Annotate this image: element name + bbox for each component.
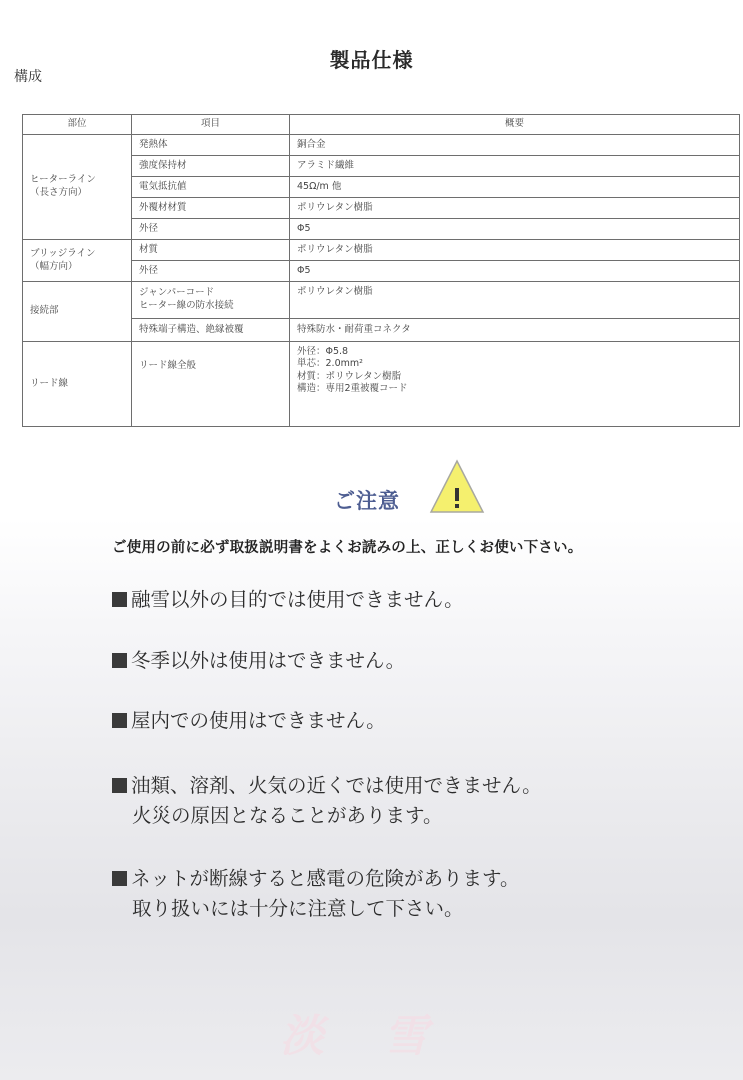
- table-header-row: 部位 項目 概要: [23, 115, 740, 135]
- rule-text: ネットが断線すると感電の危険があります。: [131, 867, 519, 890]
- rule-text: 油類、溶剤、火気の近くでは使用できません。: [131, 774, 542, 797]
- caution-rule: ネットが断線すると感電の危険があります。 取り扱いには十分に注意して下さい。: [112, 864, 519, 924]
- rule-text-continued: 取り扱いには十分に注意して下さい。: [112, 894, 519, 924]
- header-summary: 概要: [290, 115, 740, 135]
- caution-rule: 屋内での使用はできません。: [112, 706, 386, 736]
- part-cell: 接続部: [23, 282, 132, 342]
- part-cell: ブリッジライン （幅方向）: [23, 240, 132, 282]
- table-row: 接続部 ジャンパーコード ヒーター線の防水接続 ポリウレタン樹脂: [23, 282, 740, 319]
- summary-line: 単芯：2.0mm²: [297, 358, 732, 370]
- square-bullet-icon: [112, 713, 127, 728]
- item-cell: 特殊端子構造、絶縁被覆: [132, 319, 290, 342]
- header-item: 項目: [132, 115, 290, 135]
- item-cell: 発熱体: [132, 135, 290, 156]
- header-part: 部位: [23, 115, 132, 135]
- item-cell: ジャンパーコード ヒーター線の防水接続: [132, 282, 290, 319]
- summary-line: 外径：Φ5.8: [297, 346, 732, 358]
- item-cell: 外径: [132, 261, 290, 282]
- summary-line: 構造：専用2重被覆コード: [297, 383, 732, 395]
- rule-text: 屋内での使用はできません。: [131, 709, 386, 732]
- summary-cell: ポリウレタン樹脂: [290, 282, 740, 319]
- summary-cell: Φ5: [290, 219, 740, 240]
- summary-cell: ポリウレタン樹脂: [290, 198, 740, 219]
- summary-cell: 特殊防水・耐荷重コネクタ: [290, 319, 740, 342]
- part-cell: ヒーターライン （長さ方向）: [23, 135, 132, 240]
- caution-rule: 冬季以外は使用はできません。: [112, 646, 405, 676]
- rule-text-continued: 火災の原因となることがあります。: [112, 801, 542, 831]
- item-cell: 外径: [132, 219, 290, 240]
- spec-table: 部位 項目 概要 ヒーターライン （長さ方向） 発熱体 銅合金 強度保持材 アラ…: [22, 114, 740, 427]
- summary-line: 材質：ポリウレタン樹脂: [297, 371, 732, 383]
- table-row: ブリッジライン （幅方向） 材質 ポリウレタン樹脂: [23, 240, 740, 261]
- item-cell: 外覆材材質: [132, 198, 290, 219]
- table-row: リード線 リード線全般 外径：Φ5.8 単芯：2.0mm² 材質：ポリウレタン樹…: [23, 342, 740, 427]
- summary-cell: ポリウレタン樹脂: [290, 240, 740, 261]
- caution-rule: 融雪以外の目的では使用できません。: [112, 585, 464, 615]
- part-cell: リード線: [23, 342, 132, 427]
- rule-text: 冬季以外は使用はできません。: [131, 649, 405, 672]
- brand-watermark: 淡雪: [280, 1000, 488, 1064]
- warning-triangle-icon: [428, 458, 486, 516]
- summary-cell: アラミド繊維: [290, 156, 740, 177]
- rule-text: 融雪以外の目的では使用できません。: [131, 588, 464, 611]
- item-cell: 材質: [132, 240, 290, 261]
- caution-heading: ご注意: [334, 485, 400, 515]
- item-cell: リード線全般: [132, 342, 290, 427]
- square-bullet-icon: [112, 653, 127, 668]
- summary-cell: 外径：Φ5.8 単芯：2.0mm² 材質：ポリウレタン樹脂 構造：専用2重被覆コ…: [290, 342, 740, 427]
- square-bullet-icon: [112, 592, 127, 607]
- summary-cell: 45Ω/m 他: [290, 177, 740, 198]
- summary-cell: Φ5: [290, 261, 740, 282]
- page-title: 製品仕様: [0, 44, 743, 73]
- caution-intro: ご使用の前に必ず取扱説明書をよくお読みの上、正しくお使い下さい。: [112, 536, 582, 557]
- item-cell: 強度保持材: [132, 156, 290, 177]
- summary-cell: 銅合金: [290, 135, 740, 156]
- caution-rule: 油類、溶剤、火気の近くでは使用できません。 火災の原因となることがあります。: [112, 771, 542, 831]
- section-label: 構成: [14, 66, 42, 86]
- table-row: ヒーターライン （長さ方向） 発熱体 銅合金: [23, 135, 740, 156]
- item-cell: 電気抵抗値: [132, 177, 290, 198]
- square-bullet-icon: [112, 778, 127, 793]
- square-bullet-icon: [112, 871, 127, 886]
